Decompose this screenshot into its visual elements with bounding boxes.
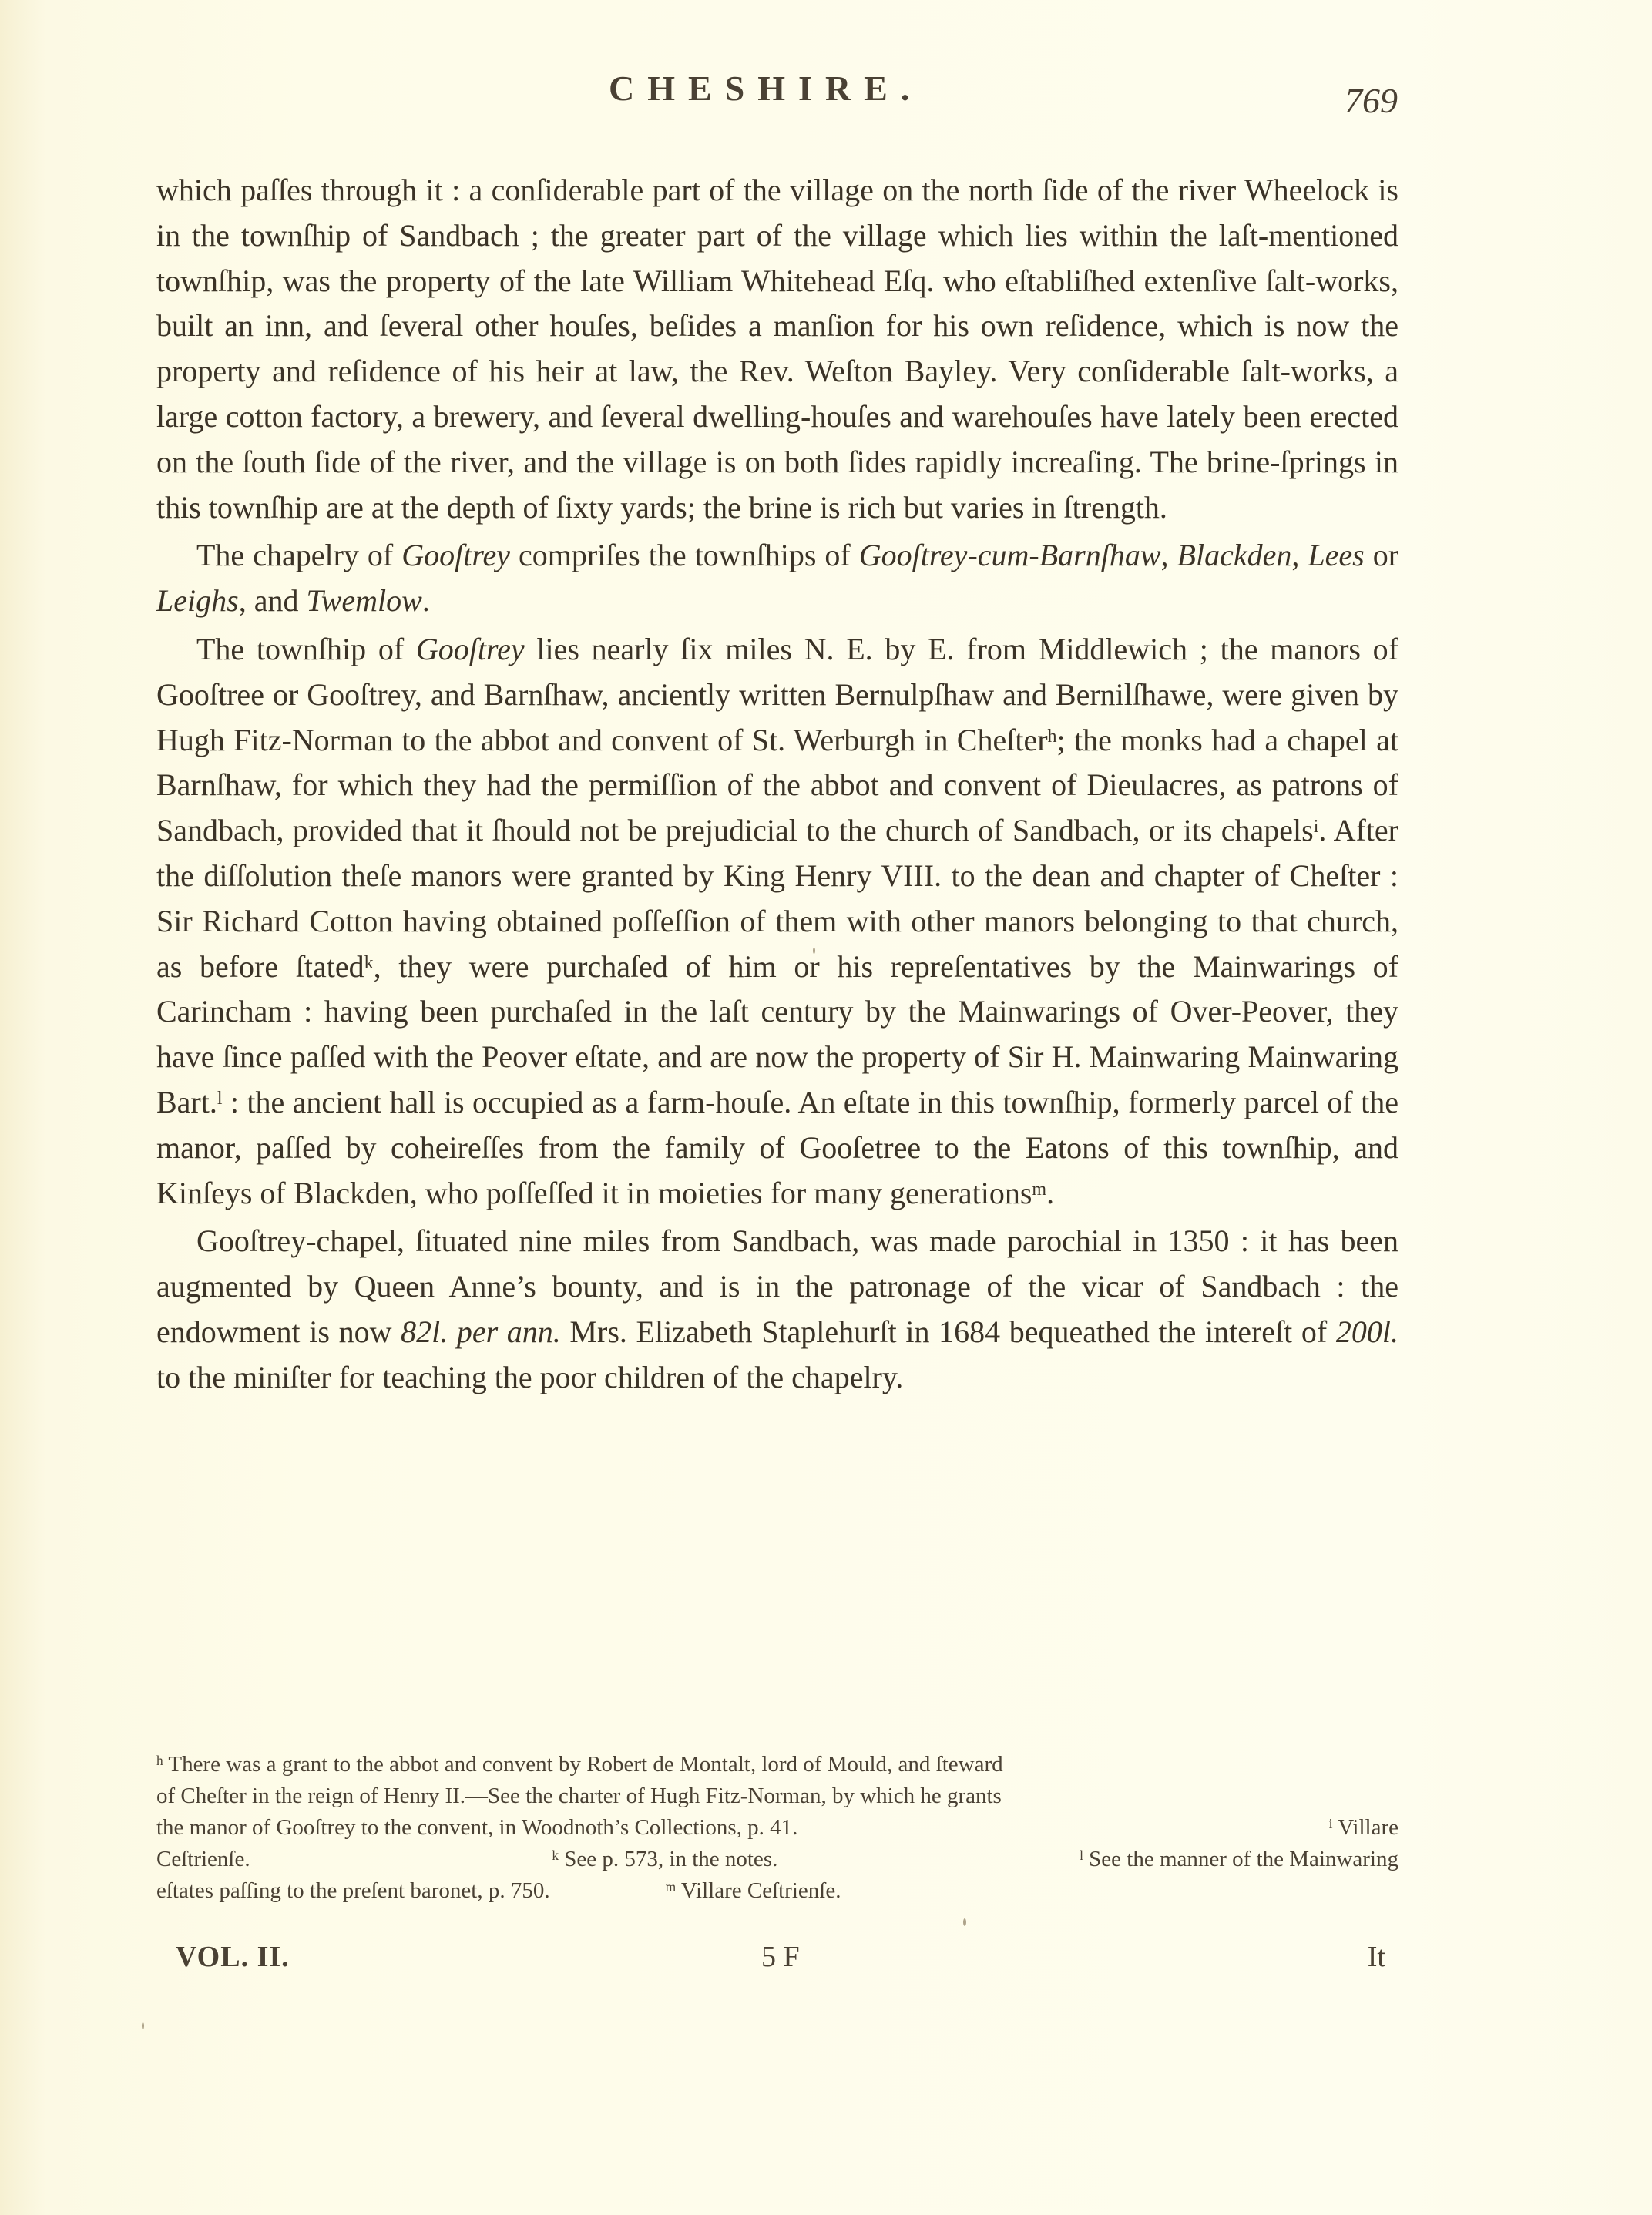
volume-label: VOL. II. — [176, 1940, 290, 1974]
page-number: 769 — [1345, 80, 1398, 121]
footnote-ref: i — [1314, 817, 1319, 837]
paragraph: which paſſes through it : a conſiderable… — [156, 168, 1398, 530]
signature-mark: 5 F — [761, 1940, 800, 1974]
text-run: , and — [239, 583, 307, 618]
footnote-line: of Cheſter in the reign of Henry II.—See… — [156, 1780, 1398, 1812]
text-run: The townſhip of — [196, 632, 416, 666]
paper-speck — [142, 2022, 144, 2029]
text-run: which paſſes through it : a conſiderable… — [156, 173, 1398, 525]
paper-speck — [963, 1918, 966, 1926]
text-run: compriſes the townſhips of — [510, 538, 859, 572]
italic-text: Gooſtrey — [416, 632, 525, 666]
paper-speck — [813, 948, 815, 954]
book-page: CHESHIRE. 769 which paſſes through it : … — [0, 0, 1652, 2215]
footnote-m: m Villare Ceſtrienſe. — [666, 1875, 841, 1907]
footnote-line: Ceſtrienſe. k See p. 573, in the notes. … — [156, 1844, 1398, 1875]
italic-text: Gooſtrey — [401, 538, 510, 572]
footnote-l-end: eſtates paſſing to the preſent baronet, … — [156, 1875, 550, 1907]
text-run: to the miniſter for teaching the poor ch… — [156, 1360, 903, 1394]
footnote-ref: k — [364, 953, 374, 973]
footnote-ref: h — [1048, 727, 1057, 747]
italic-text: Twemlow — [306, 583, 421, 618]
paragraph: The chapelry of Gooſtrey compriſes the t… — [156, 533, 1398, 624]
catchword: It — [1368, 1940, 1385, 1974]
italic-text: 200l. — [1336, 1314, 1398, 1349]
text-run: The chapelry of — [196, 538, 401, 572]
footnote-h-cont: of Cheſter in the reign of Henry II.—See… — [156, 1780, 1002, 1812]
running-title: CHESHIRE. — [609, 68, 922, 109]
paragraph: Gooſtrey-chapel, ſituated nine miles fro… — [156, 1219, 1398, 1400]
footnote-l: l See the manner of the Mainwaring — [1080, 1844, 1398, 1875]
text-run: , — [1161, 538, 1177, 572]
body-text: which paſſes through it : a conſiderable… — [156, 168, 1398, 1401]
footnote-line: eſtates paſſing to the preſent baronet, … — [156, 1875, 1398, 1907]
footnotes: h There was a grant to the abbot and con… — [156, 1749, 1398, 1907]
text-run: Mrs. Elizabeth Staplehurſt in 1684 beque… — [561, 1314, 1336, 1349]
italic-text: Blackden — [1177, 538, 1292, 572]
footnote-k: k See p. 573, in the notes. — [552, 1844, 777, 1875]
italic-text: Leighs — [156, 583, 239, 618]
italic-text: Lees — [1308, 538, 1364, 572]
footnote-line: h There was a grant to the abbot and con… — [156, 1749, 1398, 1780]
footnote-i-end: Ceſtrienſe. — [156, 1844, 250, 1875]
footnote-ref: l — [217, 1089, 223, 1109]
text-run: : the ancient hall is occupied as a farm… — [156, 1085, 1398, 1210]
text-run: . — [1046, 1176, 1054, 1210]
paragraph: The townſhip of Gooſtrey lies nearly ſix… — [156, 627, 1398, 1216]
footnote-h-end: the manor of Gooſtrey to the convent, in… — [156, 1812, 797, 1844]
text-run: , — [1291, 538, 1308, 572]
text-run: or — [1365, 538, 1398, 572]
italic-text: 82l. per ann. — [401, 1314, 561, 1349]
footnote-ref: m — [1032, 1180, 1046, 1200]
italic-text: Gooſtrey-cum-Barnſhaw — [859, 538, 1161, 572]
text-run: . — [422, 583, 430, 618]
footnote-i: i Villare — [1329, 1812, 1398, 1844]
footnote-line: the manor of Gooſtrey to the convent, in… — [156, 1812, 1398, 1844]
footnote-h: h There was a grant to the abbot and con… — [156, 1749, 1003, 1780]
